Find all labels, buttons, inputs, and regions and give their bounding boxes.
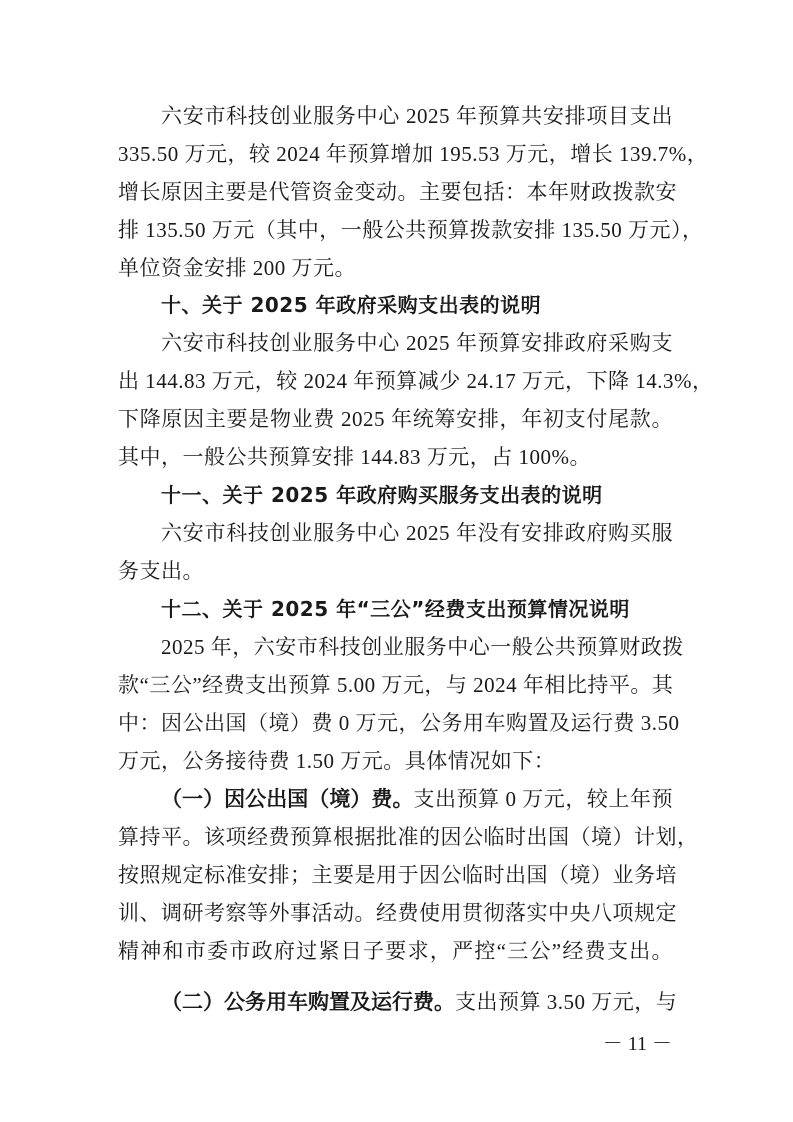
subsection-lead: （二）公务用车购置及运行费。 <box>161 990 455 1014</box>
paragraph-line: 六安市科技创业服务中心 2025 年预算共安排项目支出 <box>161 101 673 131</box>
paragraph-line: 算持平。该项经费预算根据批准的因公临时出国（境）计划， <box>118 822 673 852</box>
subsection-lead: （一）因公出国（境）费。 <box>161 787 414 811</box>
paragraph-line: 单位资金安排 200 万元。 <box>118 253 673 283</box>
paragraph-line: 下降原因主要是物业费 2025 年统筹安排，年初支付尾款。 <box>118 404 673 434</box>
paragraph-line: 万元，公务接待费 1.50 万元。具体情况如下： <box>118 746 673 776</box>
section-heading: 十一、关于 2025 年政府购买服务支出表的说明 <box>161 480 673 510</box>
document-page: 六安市科技创业服务中心 2025 年预算共安排项目支出 335.50 万元，较 … <box>0 0 793 1122</box>
paragraph-line: 出 144.83 万元，较 2024 年预算减少 24.17 万元，下降 14.… <box>118 366 673 396</box>
paragraph-line: 训、调研考察等外事活动。经费使用贯彻落实中央八项规定 <box>118 898 673 928</box>
subsection-first-line: （二）公务用车购置及运行费。支出预算 3.50 万元，与 <box>161 987 673 1017</box>
paragraph-line: 六安市科技创业服务中心 2025 年预算安排政府采购支 <box>161 328 673 358</box>
section-heading: 十、关于 2025 年政府采购支出表的说明 <box>161 290 673 320</box>
paragraph-line: 335.50 万元，较 2024 年预算增加 195.53 万元，增长 139.… <box>118 139 673 169</box>
paragraph-line: 务支出。 <box>118 556 673 586</box>
paragraph-line: 六安市科技创业服务中心 2025 年没有安排政府购买服 <box>161 518 673 548</box>
paragraph-line: 按照规定标准安排；主要是用于因公临时出国（境）业务培 <box>118 860 673 890</box>
paragraph-line: 精神和市委市政府过紧日子要求，严控“三公”经费支出。 <box>118 936 673 966</box>
page-number: － 11 － <box>600 1030 672 1058</box>
subsection-text: 支出预算 3.50 万元，与 <box>455 990 677 1014</box>
section-heading: 十二、关于 2025 年“三公”经费支出预算情况说明 <box>161 594 673 624</box>
paragraph-line: 其中，一般公共预算安排 144.83 万元，占 100%。 <box>118 442 673 472</box>
paragraph-line: 排 135.50 万元（其中，一般公共预算拨款安排 135.50 万元）， <box>118 215 673 245</box>
subsection-first-line: （一）因公出国（境）费。支出预算 0 万元，较上年预 <box>161 784 673 814</box>
paragraph-line: 2025 年，六安市科技创业服务中心一般公共预算财政拨 <box>161 632 673 662</box>
paragraph-line: 增长原因主要是代管资金变动。主要包括：本年财政拨款安 <box>118 177 673 207</box>
paragraph-line: 中：因公出国（境）费 0 万元，公务用车购置及运行费 3.50 <box>118 708 673 738</box>
paragraph-line: 款“三公”经费支出预算 5.00 万元，与 2024 年相比持平。其 <box>118 670 673 700</box>
subsection-text: 支出预算 0 万元，较上年预 <box>414 787 674 811</box>
